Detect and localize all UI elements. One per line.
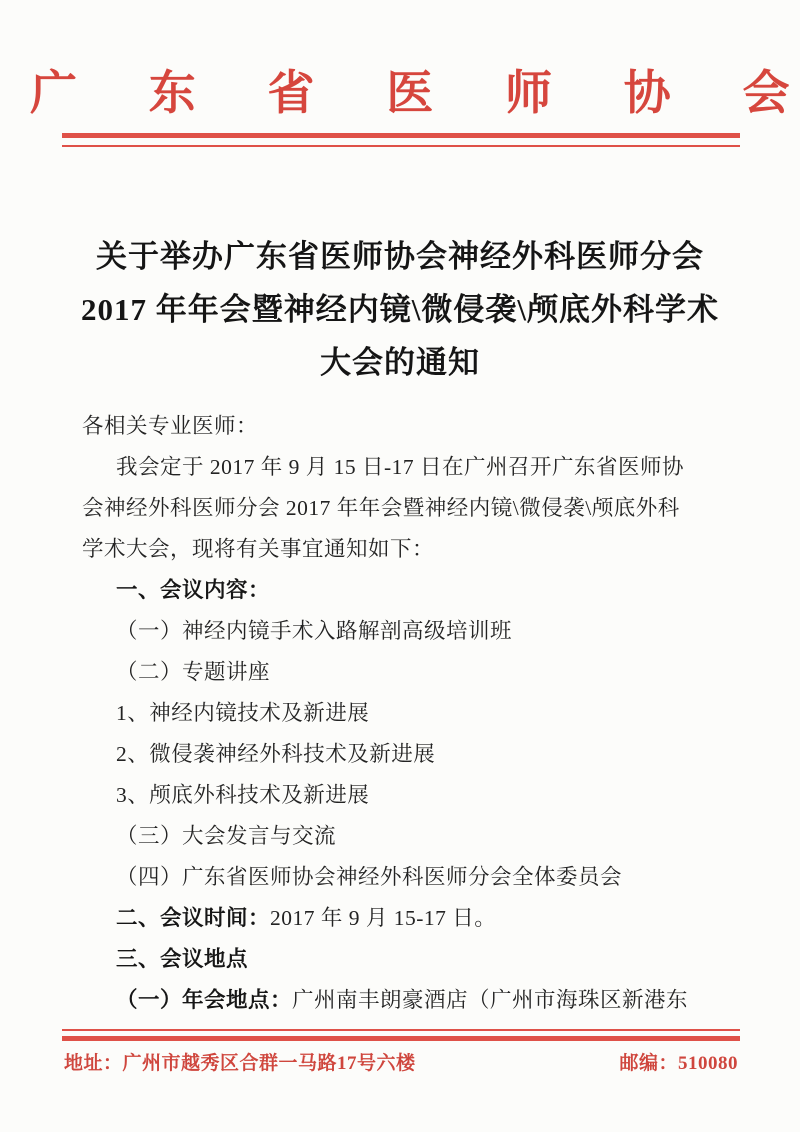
- section-3-heading: 三、会议地点: [82, 939, 722, 980]
- salutation: 各相关专业医师：: [82, 406, 722, 447]
- lecture-item-3: 3、颅底外科技术及新进展: [82, 775, 722, 816]
- notice-body: 各相关专业医师： 我会定于 2017 年 9 月 15 日-17 日在广州召开广…: [82, 406, 722, 1021]
- section-3-item-1: （一）年会地点：广州南丰朗豪酒店（广州市海珠区新港东: [82, 980, 722, 1021]
- footer-rule-thick: [62, 1036, 740, 1041]
- section-3-item-1-value: 广州南丰朗豪酒店（广州市海珠区新港东: [292, 988, 688, 1012]
- intro-line-1: 我会定于 2017 年 9 月 15 日-17 日在广州召开广东省医师协: [82, 447, 722, 488]
- footer-postcode: 邮编：510080: [619, 1048, 738, 1075]
- intro-line-3: 学术大会，现将有关事宜通知如下：: [82, 529, 722, 570]
- notice-title-line-1: 关于举办广东省医师协会神经外科医师分会: [60, 230, 740, 283]
- notice-title-line-3: 大会的通知: [60, 336, 740, 389]
- notice-document-page: 广 东 省 医 师 协 会 关于举办广东省医师协会神经外科医师分会 2017 年…: [0, 0, 800, 1132]
- notice-title: 关于举办广东省医师协会神经外科医师分会 2017 年年会暨神经内镜\微侵袭\颅底…: [60, 230, 740, 389]
- footer-rule-thin: [62, 1029, 740, 1031]
- intro-line-2: 会神经外科医师分会 2017 年年会暨神经内镜\微侵袭\颅底外科: [82, 488, 722, 529]
- section-1-item-3: （三）大会发言与交流: [82, 816, 722, 857]
- section-3-item-1-label: （一）年会地点：: [116, 988, 292, 1012]
- section-1-item-4: （四）广东省医师协会神经外科医师分会全体委员会: [82, 857, 722, 898]
- section-1-item-1: （一）神经内镜手术入路解剖高级培训班: [82, 611, 722, 652]
- letterhead-rule-thin: [62, 145, 740, 147]
- section-2-value: 2017 年 9 月 15-17 日。: [270, 906, 496, 930]
- lecture-item-2: 2、微侵袭神经外科技术及新进展: [82, 734, 722, 775]
- section-2-label: 二、会议时间：: [116, 906, 270, 930]
- section-1-heading: 一、会议内容：: [82, 570, 722, 611]
- section-1-item-2: （二）专题讲座: [82, 652, 722, 693]
- footer: 地址：广州市越秀区合群一马路17号六楼 邮编：510080: [64, 1048, 738, 1075]
- letterhead-rule-thick: [62, 133, 740, 138]
- lecture-item-1: 1、神经内镜技术及新进展: [82, 693, 722, 734]
- notice-title-line-2: 2017 年年会暨神经内镜\微侵袭\颅底外科学术: [60, 283, 740, 336]
- letterhead-org-name: 广 东 省 医 师 协 会: [0, 56, 800, 123]
- section-2-line: 二、会议时间：2017 年 9 月 15-17 日。: [82, 898, 722, 939]
- footer-address: 地址：广州市越秀区合群一马路17号六楼: [64, 1048, 416, 1075]
